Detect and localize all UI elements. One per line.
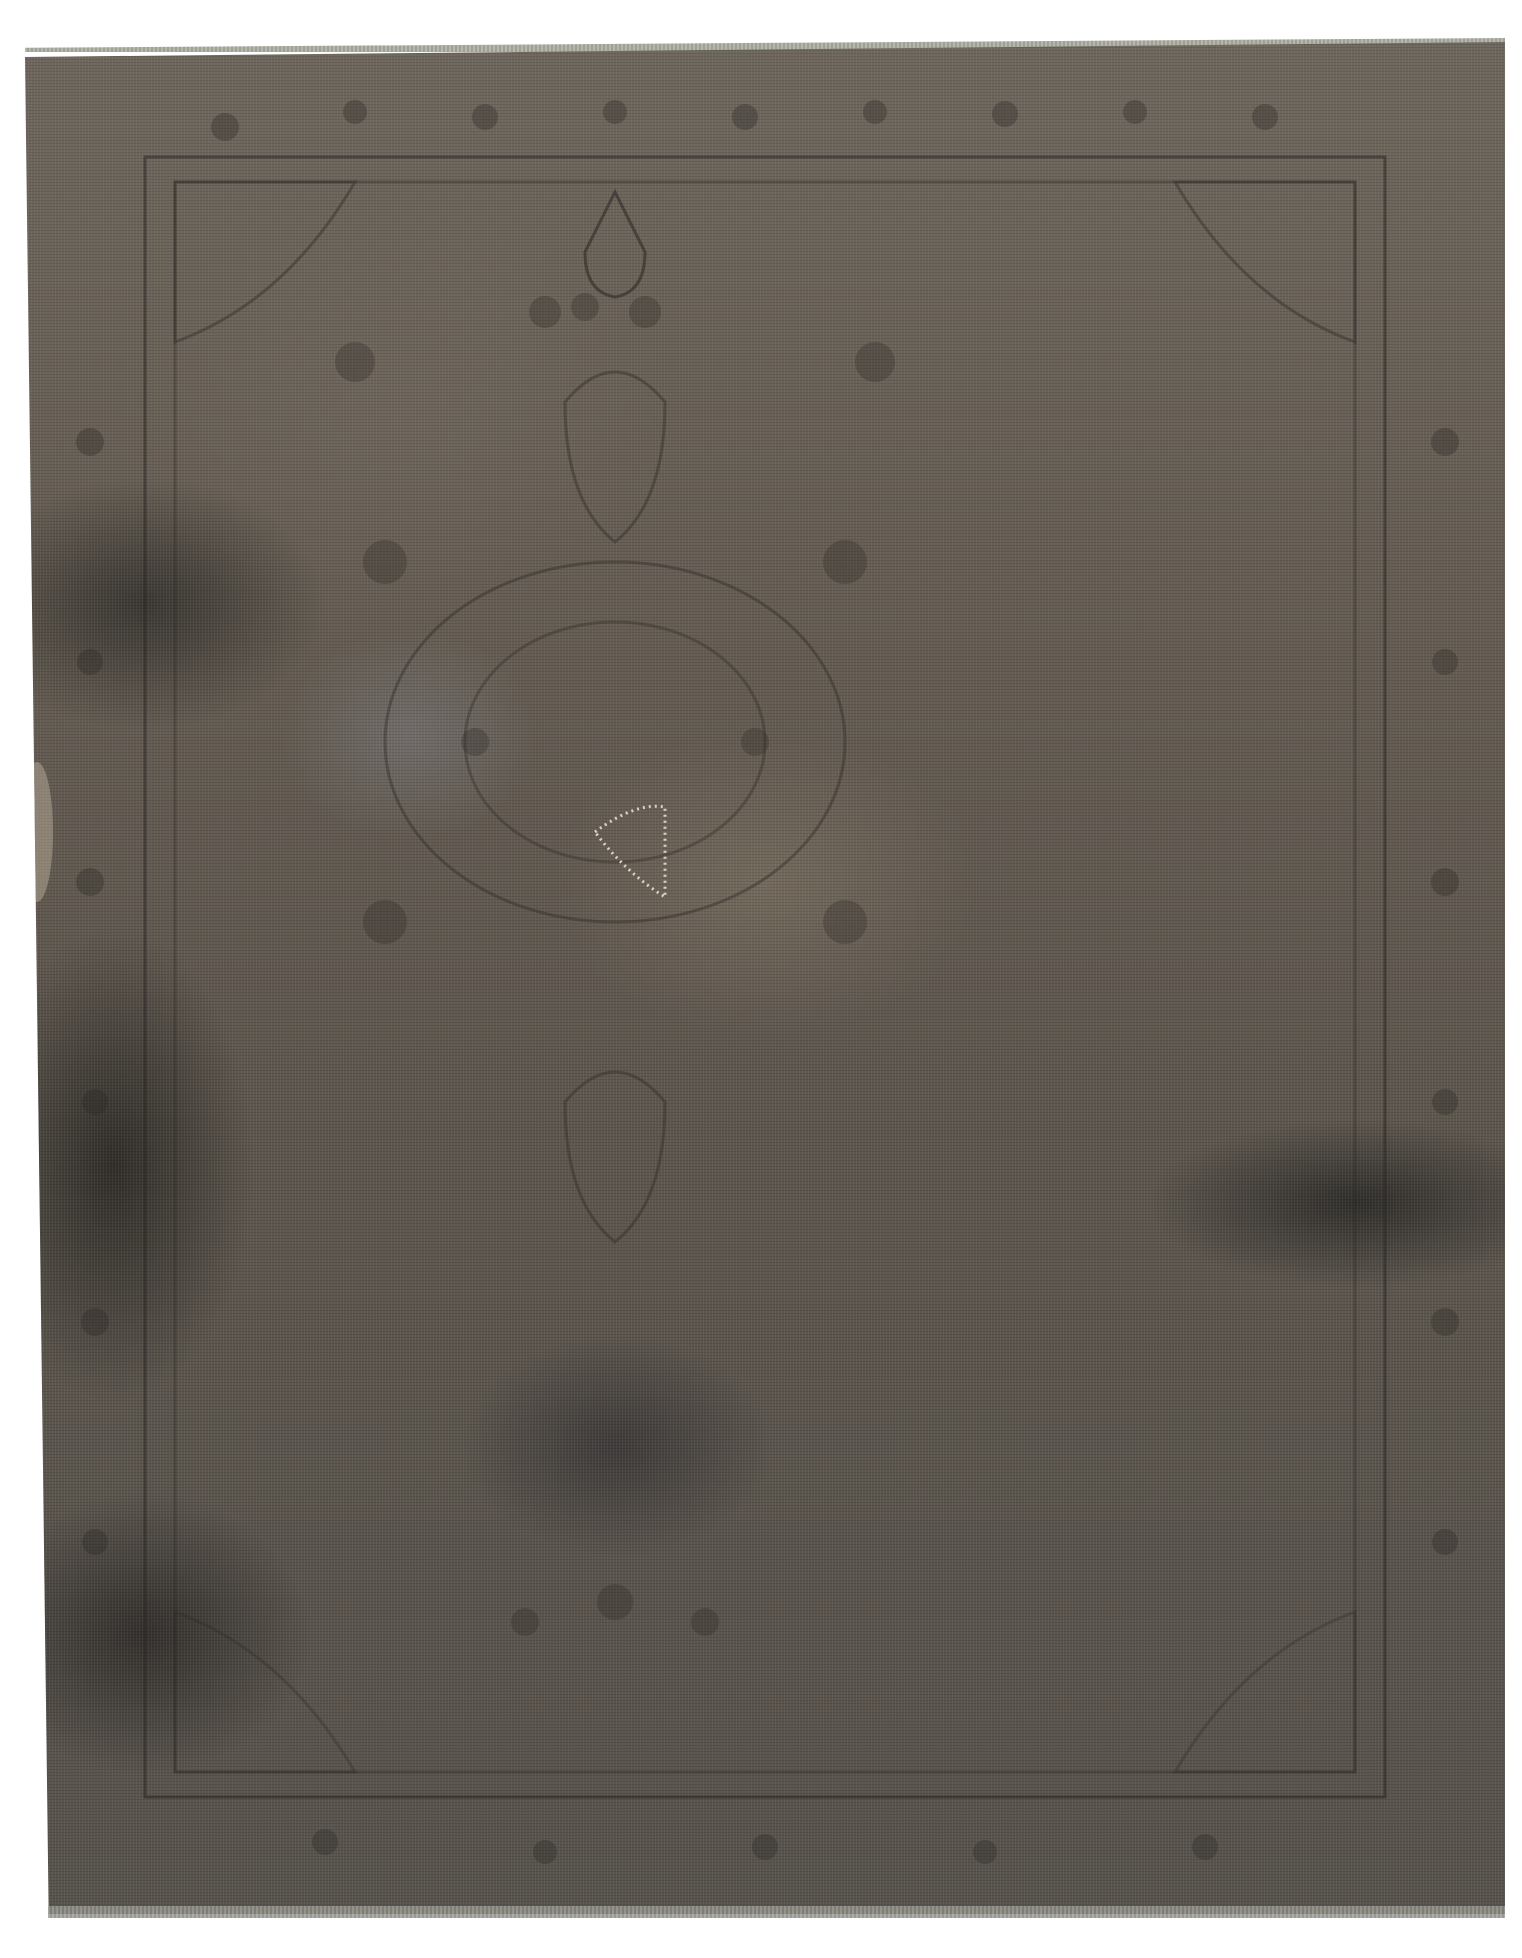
field-motifs xyxy=(335,293,895,1636)
top-pendant xyxy=(585,192,645,297)
rug-pattern xyxy=(25,42,1505,1914)
border-motifs xyxy=(76,100,1459,1864)
border-frame-line xyxy=(145,157,1385,1797)
spandrel-bottom-right xyxy=(1175,1612,1355,1772)
rug-bottom-fringe xyxy=(48,1906,1505,1918)
spandrel-top-right xyxy=(1175,182,1355,342)
worn-patch xyxy=(25,762,53,902)
spandrel-top-left xyxy=(175,182,355,342)
inner-frame-line xyxy=(175,182,1355,1772)
spandrel-bottom-left xyxy=(175,1612,355,1772)
repair-stitch xyxy=(595,806,665,897)
central-medallion xyxy=(385,562,845,922)
bottom-pendant xyxy=(565,1072,665,1242)
rug xyxy=(25,42,1505,1914)
